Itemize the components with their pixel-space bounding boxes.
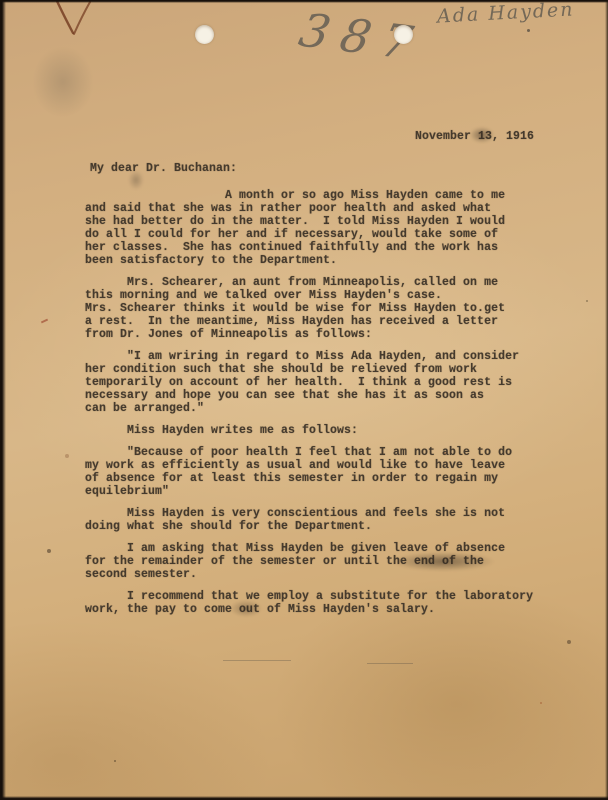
letter-line: Miss Hayden is very conscientious and fe…	[85, 507, 565, 520]
letter-line: "Because of poor health I feel that I am…	[85, 446, 565, 459]
scan-edge-left	[0, 0, 6, 800]
faint-pencil-line	[223, 660, 291, 661]
letter-line: of absence for at least this semester in…	[85, 472, 565, 485]
pencil-smudge-stain	[32, 46, 94, 118]
letter-line: she had better do in the matter. I told …	[85, 215, 565, 228]
scan-edge-bottom	[0, 796, 608, 800]
letter-line: been satisfactory to the Department.	[85, 254, 565, 267]
letter-line: can be arranged."	[85, 402, 565, 415]
letter-paragraph: Miss Hayden is very conscientious and fe…	[85, 507, 565, 533]
punch-hole-right	[394, 25, 413, 44]
letter-line: A month or so ago Miss Hayden came to me	[85, 189, 565, 202]
letter-line: Miss Hayden writes me as follows:	[85, 424, 565, 437]
pencil-dot	[527, 29, 530, 32]
letter-paragraph: "Because of poor health I feel that I am…	[85, 446, 565, 498]
letter-line: her condition such that she should be re…	[85, 363, 565, 376]
overstrike-smudge-date	[470, 127, 494, 143]
overstrike-smudge-end-of	[392, 552, 494, 571]
corner-ink-mark	[0, 0, 120, 50]
letter-paragraph: Miss Hayden writes me as follows:	[85, 424, 565, 437]
letter-paragraph: A month or so ago Miss Hayden came to me…	[85, 189, 565, 267]
punch-hole-left	[195, 25, 214, 44]
letter-line: do all I could for her and if necessary,…	[85, 228, 565, 241]
faint-pencil-line	[367, 663, 413, 664]
letter-paragraph: Mrs. Schearer, an aunt from Minneapolis,…	[85, 276, 565, 341]
handwritten-name: Ada Hayden	[437, 0, 575, 28]
letter-line: temporarily on account of her health. I …	[85, 376, 565, 389]
letter-line: necessary and hope you can see that she …	[85, 389, 565, 402]
letter-salutation: My dear Dr. Buchanan:	[90, 162, 237, 175]
letter-line: this morning and we talked over Miss Hay…	[85, 289, 565, 302]
letter-line: Mrs. Schearer, an aunt from Minneapolis,…	[85, 276, 565, 289]
letter-line: a rest. In the meantime, Miss Hayden has…	[85, 315, 565, 328]
letter-line: her classes. She has continued faithfull…	[85, 241, 565, 254]
letter-line: I recommend that we employ a substitute …	[85, 590, 565, 603]
scanned-letter-page: 387 Ada Hayden November 13, 1916 My dear…	[0, 0, 608, 800]
letter-line: from Dr. Jones of Minneapolis as follows…	[85, 328, 565, 341]
overstrike-smudge-out	[230, 600, 262, 617]
letter-line: my work as efficiently as usual and woul…	[85, 459, 565, 472]
letter-paragraph: "I am wriring in regard to Miss Ada Hayd…	[85, 350, 565, 415]
letter-line: and said that she was in rather poor hea…	[85, 202, 565, 215]
scan-edge-top	[0, 0, 608, 3]
letter-paragraph: I recommend that we employ a substitute …	[85, 590, 565, 616]
letter-line: work, the pay to come out of Miss Hayden…	[85, 603, 565, 616]
letter-line: doing what she should for the Department…	[85, 520, 565, 533]
letter-line: equilebrium"	[85, 485, 565, 498]
red-pencil-dash	[41, 319, 48, 324]
letter-line: "I am wriring in regard to Miss Ada Hayd…	[85, 350, 565, 363]
letter-line: Mrs. Schearer thinks it would be wise fo…	[85, 302, 565, 315]
